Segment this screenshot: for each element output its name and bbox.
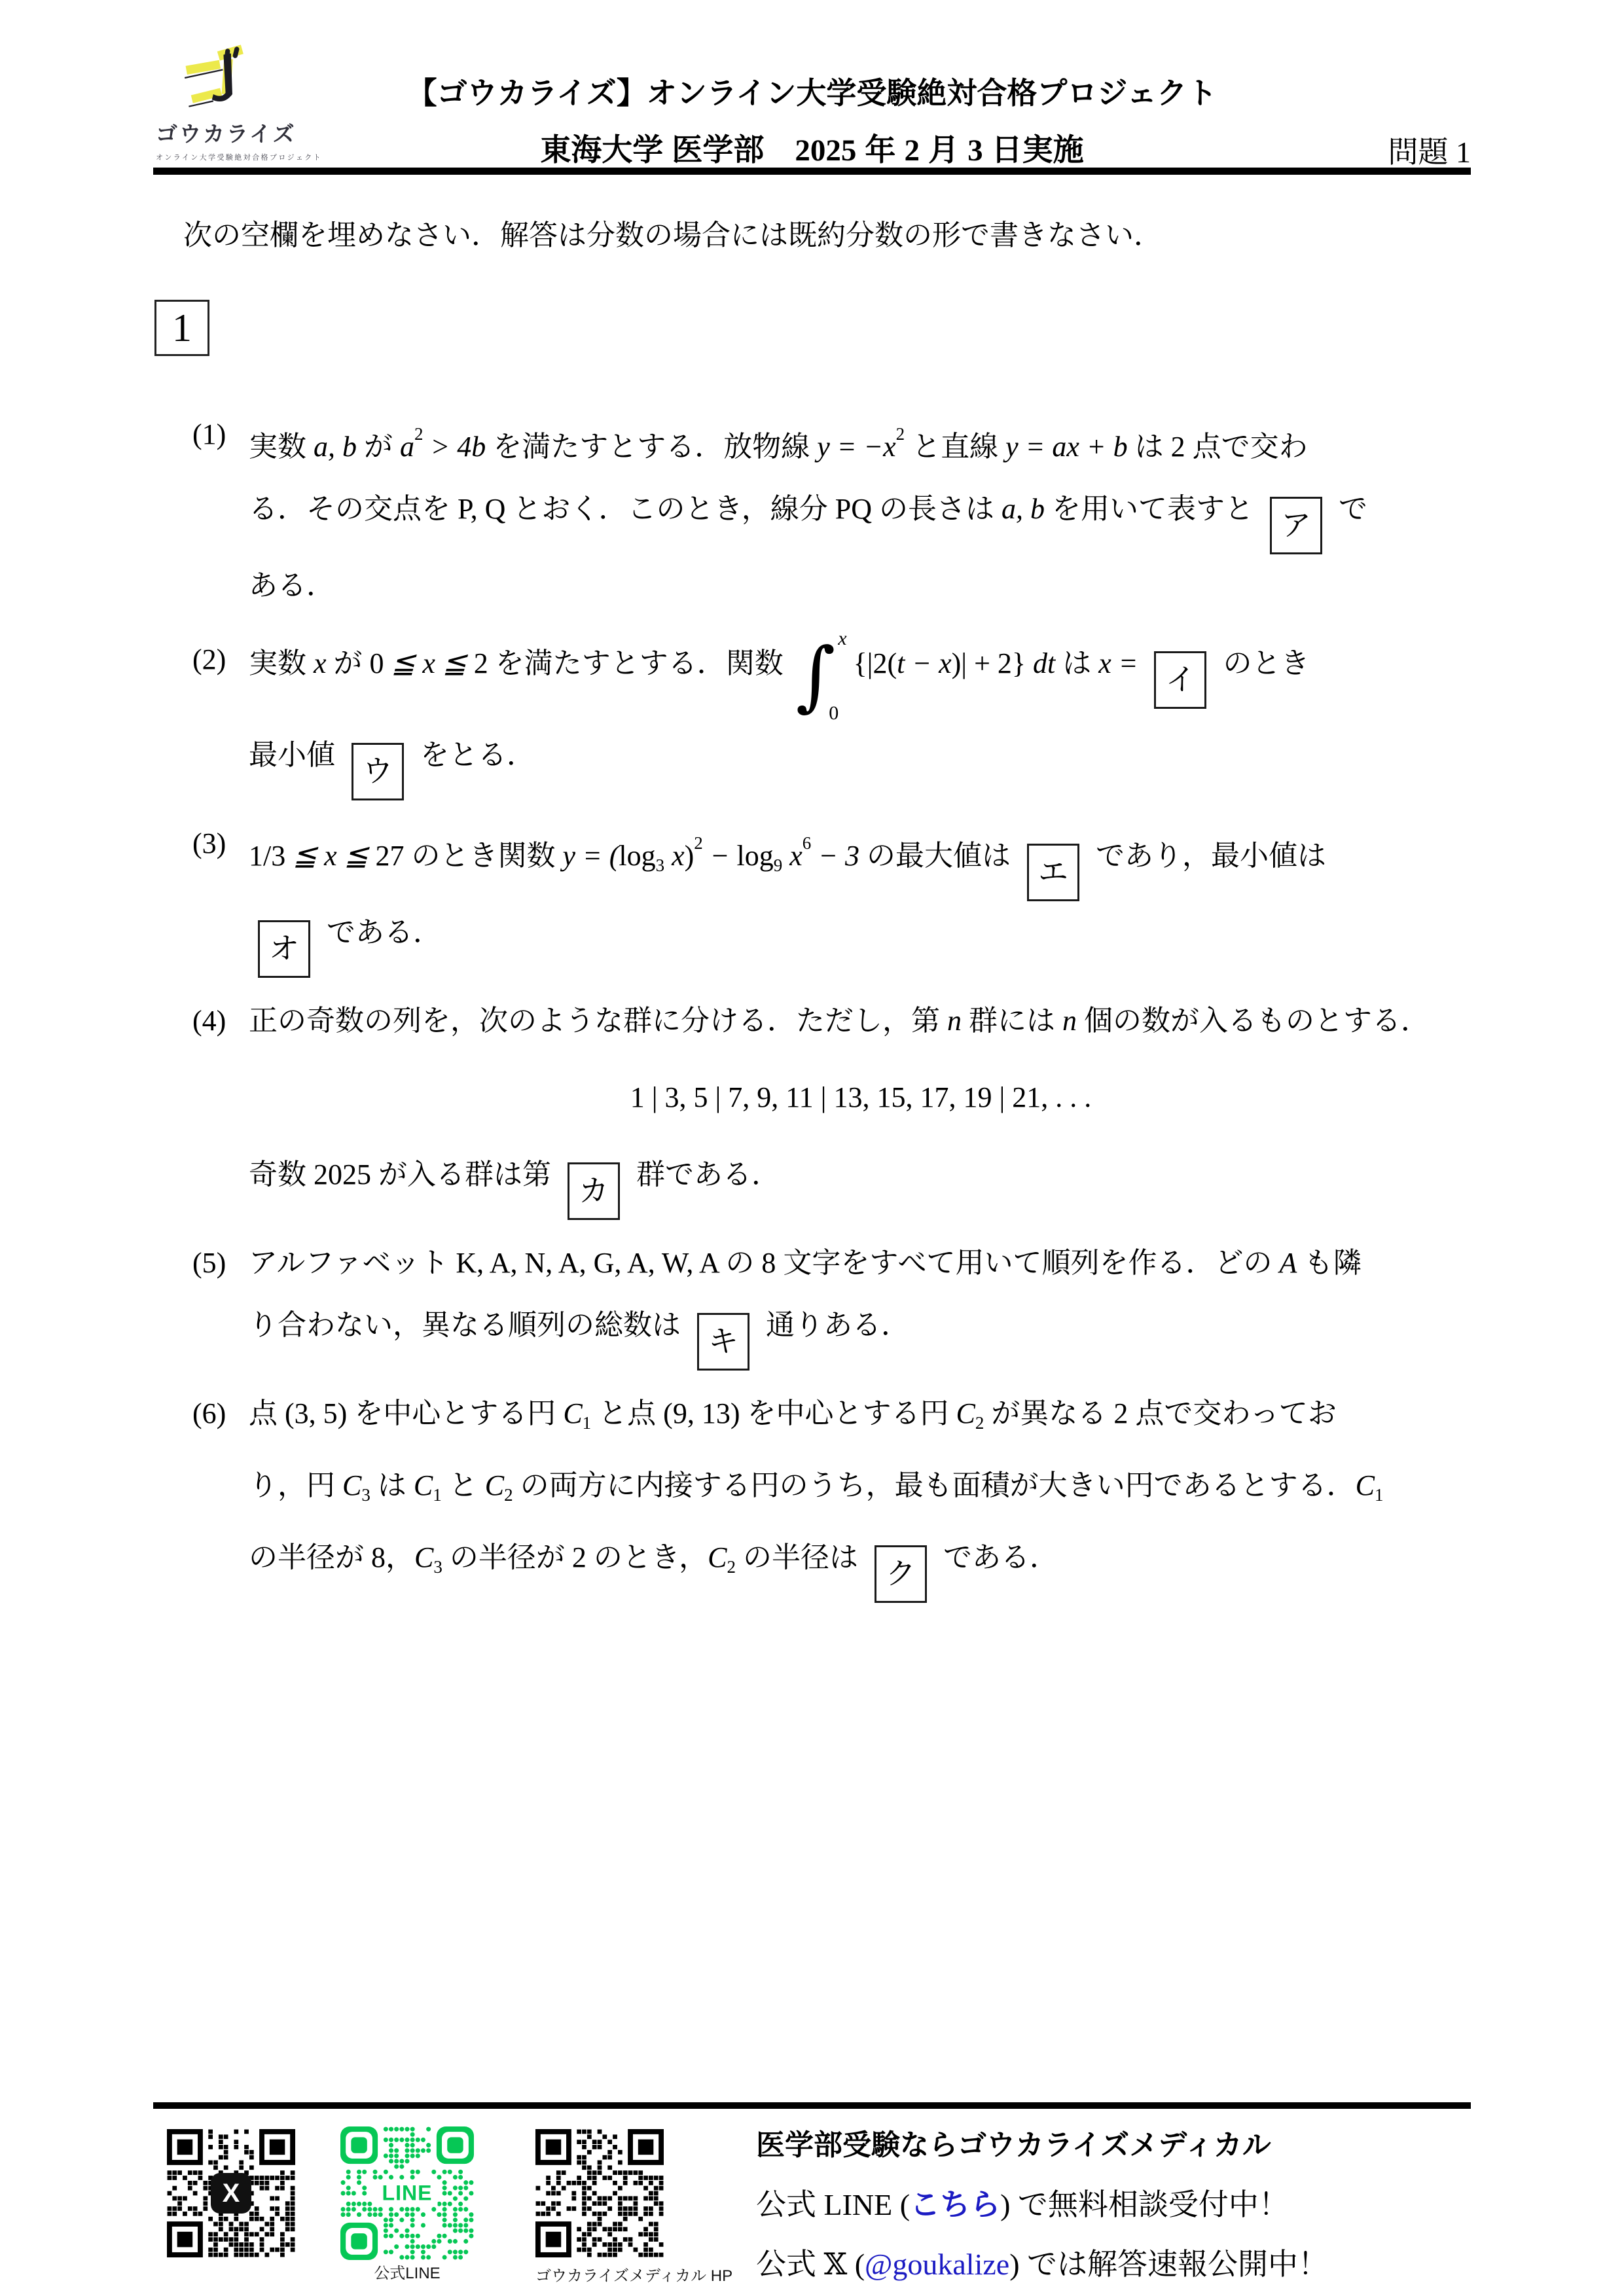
exam-body: 次の空欄を埋めなさい．解答は分数の場合には既約分数の形で書きなさい． 1 (1)…	[157, 216, 1473, 1615]
qr-code-x: X	[167, 2129, 295, 2257]
integral-symbol: ∫x0	[796, 628, 847, 724]
answer-box-キ: キ	[697, 1313, 749, 1371]
x-logo-icon: X	[211, 2173, 251, 2214]
problem-number: (1)	[192, 403, 226, 465]
problem-text: 点 (3, 5) を中心とする円 C1 と点 (9, 13) を中心とする円 C…	[249, 1397, 1383, 1573]
answer-box-エ: エ	[1027, 844, 1079, 901]
footer-line-official-line: 公式 LINE (こちら) で無料相談受付中！	[756, 2175, 1328, 2234]
problem-number: (5)	[192, 1232, 226, 1294]
problem-6: (6) 点 (3, 5) を中心とする円 C1 と点 (9, 13) を中心とす…	[157, 1382, 1473, 1603]
problem-text: アルファベット K, A, N, A, G, A, W, A の 8 文字をすべ…	[249, 1247, 1362, 1341]
header-title: 【ゴウカライズ】オンライン大学受験絶対合格プロジェクト	[0, 69, 1624, 113]
answer-box-ア: ア	[1270, 497, 1322, 554]
problem-2: (2) 実数 x が 0 ≦ x ≦ 2 を満たすとする．関数 ∫x0{|2(t…	[157, 628, 1473, 800]
footer-text: 医学部受験ならゴウカライズメディカル 公式 LINE (こちら) で無料相談受付…	[756, 2115, 1328, 2294]
qr-caption-hp: ゴウカライズメディカル HP	[535, 2263, 664, 2286]
problem-number: (6)	[192, 1382, 226, 1444]
problem-set-label: 問題 1	[1388, 128, 1471, 171]
qr-code-hp: ゴウカライズメディカル HP	[535, 2129, 664, 2257]
line-logo-label: LINE	[377, 2180, 438, 2207]
footer-rule	[153, 2102, 1471, 2109]
answer-box-オ: オ	[258, 920, 310, 978]
problem-number: (3)	[192, 812, 226, 874]
problem-number: (4)	[192, 990, 226, 1052]
question-number-box: 1	[154, 300, 209, 356]
qr-code-line: LINE 公式LINE	[340, 2126, 474, 2260]
problem-text: 1/3 ≦ x ≦ 27 のとき関数 y = (log3 x)2 − log9 …	[249, 840, 1326, 948]
problem-text: 正の奇数の列を，次のような群に分ける．ただし，第 n 群には n 個の数が入るも…	[249, 1005, 1473, 1191]
footer-link-goukalize[interactable]: @goukalize	[865, 2248, 1009, 2281]
header-rule	[153, 168, 1471, 175]
problem-4: (4) 正の奇数の列を，次のような群に分ける．ただし，第 n 群には n 個の数…	[157, 990, 1473, 1220]
answer-box-ウ: ウ	[352, 743, 404, 800]
footer-headline: 医学部受験ならゴウカライズメディカル	[756, 2115, 1328, 2175]
display-sequence: 1 | 3, 5 | 7, 9, 11 | 13, 15, 17, 19 | 2…	[249, 1071, 1473, 1124]
answer-box-ク: ク	[875, 1545, 927, 1603]
problem-list: (1) 実数 a, b が a2 > 4b を満たすとする．放物線 y = −x…	[157, 403, 1473, 1603]
problem-text: 実数 x が 0 ≦ x ≦ 2 を満たすとする．関数 ∫x0{|2(t − x…	[249, 647, 1309, 771]
answer-box-イ: イ	[1154, 651, 1206, 709]
problem-5: (5) アルファベット K, A, N, A, G, A, W, A の 8 文…	[157, 1232, 1473, 1371]
problem-text: 実数 a, b が a2 > 4b を満たすとする．放物線 y = −x2 と直…	[249, 431, 1367, 601]
header-subtitle: 東海大学 医学部 2025 年 2 月 3 日実施	[0, 126, 1624, 170]
exam-page: { "header": { "title": "【ゴウカライズ】オンライン大学受…	[0, 0, 1624, 2296]
footer-link-kochira[interactable]: こちら	[910, 2187, 1000, 2221]
problem-1: (1) 実数 a, b が a2 > 4b を満たすとする．放物線 y = −x…	[157, 403, 1473, 617]
footer-line-official-x: 公式 𝕏 (@goukalize) では解答速報公開中！	[756, 2234, 1328, 2294]
problem-number: (2)	[192, 628, 226, 691]
answer-box-カ: カ	[568, 1162, 620, 1220]
qr-caption-line: 公式LINE	[340, 2260, 474, 2283]
problem-3: (3) 1/3 ≦ x ≦ 27 のとき関数 y = (log3 x)2 − l…	[157, 812, 1473, 978]
instruction-text: 次の空欄を埋めなさい．解答は分数の場合には既約分数の形で書きなさい．	[157, 216, 1473, 255]
